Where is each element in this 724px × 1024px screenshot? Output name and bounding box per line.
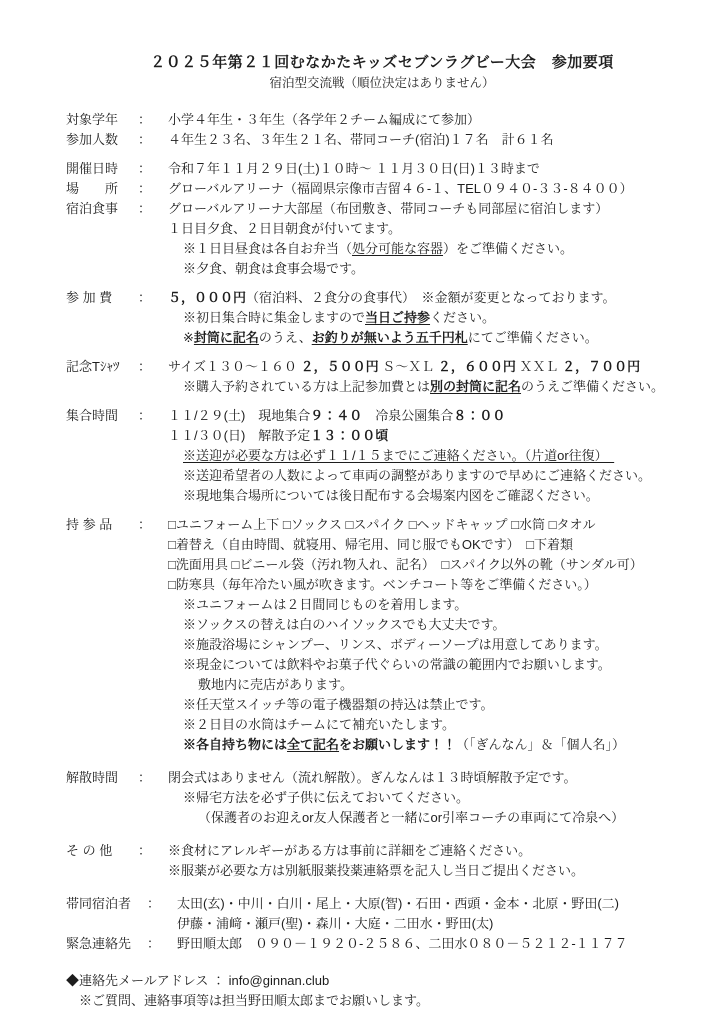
footer-note: ※ご質問、連絡事項等は担当野田順太郎までお願いします。 (66, 991, 698, 1011)
section-colon: ： (122, 288, 168, 308)
section-lodging-meals: 宿泊食事：グローバルアリーナ大部屋（布団敷き、帯同コーチも同部屋に宿泊します）１… (66, 199, 698, 279)
text-segment: （「ぎんなん」＆「個人名」） (456, 737, 625, 752)
section-body-venue: グローバルアリーナ（福岡県宗像市吉留４６-１、TEL０９４０-３３-８４００） (168, 179, 698, 199)
section-line: ※帰宅方法を必ず子供に伝えておいてください。 (168, 788, 698, 808)
section-colon: ： (122, 768, 168, 788)
page-subtitle: 宿泊型交流戦（順位決定はありません） (66, 74, 698, 93)
section-body-items-to-bring: □ユニフォーム上下 □ソックス □スパイク □ヘッドキャップ □水筒 □タオル□… (168, 515, 698, 755)
section-line: ※購入予約されている方は上記参加費とは別の封筒に記名のうえご準備ください。 (168, 377, 698, 397)
text-segment: のうえご準備ください。 (521, 379, 664, 394)
page-title: ２０２５年第２１回むなかたキッズセブンラグビー大会 参加要項 (66, 52, 698, 73)
section-label-meeting-time: 集合時間 (66, 406, 122, 426)
section-body-lodging-meals: グローバルアリーナ大部屋（布団敷き、帯同コーチも同部屋に宿泊します）１日目夕食、… (168, 199, 698, 279)
section-line: 太田(玄)・中川・白川・尾上・大原(智)・石田・西頭・金本・北原・野田(二) (177, 894, 698, 914)
text-segment: ※各自持ち物には (183, 737, 287, 752)
section-colon: ： (131, 934, 177, 954)
text-segment: ※現地集合場所については後日配布する会場案内図をご確認ください。 (183, 488, 599, 503)
section-body-meeting-time: １１/２９(土) 現地集合９：４０ 冷泉公園集合８：００１１/３０(日) 解散予… (168, 406, 698, 506)
section-line: １日目夕食、２日目朝食が付いてます。 (168, 219, 698, 239)
section-label-event-datetime: 開催日時 (66, 159, 122, 179)
text-segment: ※任天堂スイッチ等の電子機器類の持込は禁止です。 (183, 697, 493, 712)
section-line: ※２日目の水筒はチームにて補充いたします。 (168, 715, 698, 735)
text-segment: ※夕食、朝食は食事会場です。 (183, 261, 364, 276)
text-segment: □防寒具（毎年冷たい風が吹きます。ベンチコート等をご準備ください。） (168, 577, 597, 592)
text-segment: ）をご準備ください。 (443, 241, 573, 256)
text-segment: グローバルアリーナ（福岡県宗像市吉留４６-１、TEL０９４０-３３-８４００） (168, 181, 633, 196)
section-body-fee: ５，０００円（宿泊料、２食分の食事代） ※金額が変更となっております。※初日集合… (168, 288, 698, 348)
section-line: ※１日目昼食は各自お弁当（処分可能な容器）をご準備ください。 (168, 239, 698, 259)
section-line: ※施設浴場にシャンプー、リンス、ボディーソープは用意してあります。 (168, 635, 698, 655)
text-segment: ※１日目昼食は各自お弁当（ (183, 241, 352, 256)
section-line: ※夕食、朝食は食事会場です。 (168, 259, 698, 279)
section-colon: ： (122, 159, 168, 179)
text-segment: ※初日集合時に集金しますので (183, 310, 365, 325)
text-segment: にてご準備ください。 (468, 330, 598, 345)
section-line: サイズ１３０～１６０ ２，５００円 Ｓ～ＸＬ ２，６００円 ＸＸＬ ２，７００円 (168, 357, 698, 377)
section-label-commemorative-tshirt: 記念Tｼｬﾂ (66, 357, 122, 377)
text-segment: □着替え（自由時間、就寝用、帰宅用、同じ服でもOKです） □下着類 (168, 537, 573, 552)
section-line: ４年生２３名、３年生２１名、帯同コーチ(宿泊)１７名 計６１名 (168, 130, 698, 150)
text-segment: ※現金については飲料やお菓子代ぐらいの常識の範囲内でお願いします。 (183, 657, 611, 672)
text-segment: 野田順太郎 ０９０－１９２０-２５８６、二田水０８０－５２１２-１１７７ (177, 936, 628, 951)
text-segment: １１/２９(土) 現地集合 (168, 408, 310, 423)
text-segment: 冷泉公園集合 (362, 408, 453, 423)
text-segment: 太田(玄)・中川・白川・尾上・大原(智)・石田・西頭・金本・北原・野田(二) (177, 896, 619, 911)
text-segment: ＸＸＬ (516, 359, 562, 374)
section-line: ※初日集合時に集金しますので当日ご持参ください。 (168, 308, 698, 328)
section-line: ５，０００円（宿泊料、２食分の食事代） ※金額が変更となっております。 (168, 288, 698, 308)
section-label-staying-coaches: 帯同宿泊者 (66, 894, 131, 914)
section-venue: 場 所：グローバルアリーナ（福岡県宗像市吉留４６-１、TEL０９４０-３３-８４… (66, 179, 698, 199)
text-segment: 処分可能な容器 (352, 241, 443, 256)
section-line: 野田順太郎 ０９０－１９２０-２５８６、二田水０８０－５２１２-１１７７ (177, 934, 698, 954)
section-line: １１/２９(土) 現地集合９：４０ 冷泉公園集合８：００ (168, 406, 698, 426)
section-line: グローバルアリーナ大部屋（布団敷き、帯同コーチも同部屋に宿泊します） (168, 199, 698, 219)
footer: ◆連絡先メールアドレス ： info@ginnan.club ※ご質問、連絡事項… (66, 971, 698, 1011)
text-segment: ２，５００円 (301, 359, 379, 374)
text-segment: 封筒に記名 (194, 330, 259, 345)
section-colon: ： (122, 841, 168, 861)
text-segment: ※送迎希望者の人数によって車両の調整がありますので早めにご連絡ください。 (183, 468, 651, 483)
section-others: そ の 他：※食材にアレルギーがある方は事前に詳細をご連絡ください。※服薬が必要… (66, 841, 698, 881)
text-segment: （宿泊料、２食分の食事代） ※金額が変更となっております。 (246, 290, 615, 305)
section-label-fee: 参 加 費 (66, 288, 122, 308)
section-staying-coaches: 帯同宿泊者：太田(玄)・中川・白川・尾上・大原(智)・石田・西頭・金本・北原・野… (66, 894, 698, 934)
section-line: グローバルアリーナ（福岡県宗像市吉留４６-１、TEL０９４０-３３-８４００） (168, 179, 698, 199)
section-body-emergency-contact: 野田順太郎 ０９０－１９２０-２５８６、二田水０８０－５２１２-１１７７ (177, 934, 698, 954)
text-segment: １１/３０(日) 解散予定 (168, 428, 310, 443)
section-label-participants: 参加人数 (66, 130, 122, 150)
section-line: □着替え（自由時間、就寝用、帰宅用、同じ服でもOKです） □下着類 (168, 535, 698, 555)
section-line: ※現金については飲料やお菓子代ぐらいの常識の範囲内でお願いします。 (168, 655, 698, 675)
text-segment: 別の封筒に記名 (430, 379, 521, 394)
text-segment: １日目夕食、２日目朝食が付いてます。 (168, 221, 401, 236)
section-line: ※食材にアレルギーがある方は事前に詳細をご連絡ください。 (168, 841, 698, 861)
section-colon: ： (122, 357, 168, 377)
contact-email-line: ◆連絡先メールアドレス ： info@ginnan.club (66, 971, 698, 991)
text-segment: ※ソックスの替えは白のハイソックスでも大丈夫です。 (183, 617, 505, 632)
section-line: □ユニフォーム上下 □ソックス □スパイク □ヘッドキャップ □水筒 □タオル (168, 515, 698, 535)
text-segment: Ｓ～ＸＬ (379, 359, 438, 374)
text-segment: のうえ、 (259, 330, 312, 345)
text-segment: ※施設浴場にシャンプー、リンス、ボディーソープは用意してあります。 (183, 637, 608, 652)
section-body-staying-coaches: 太田(玄)・中川・白川・尾上・大原(智)・石田・西頭・金本・北原・野田(二)伊藤… (177, 894, 698, 934)
text-segment: 伊藤・浦﨑・瀬戸(聖)・森川・大庭・二田水・野田(太) (177, 916, 493, 931)
section-target-grades: 対象学年：小学４年生・３年生（各学年２チーム編成にて参加） (66, 110, 698, 130)
section-label-dismissal-time: 解散時間 (66, 768, 122, 788)
section-line: 令和７年１１月２９日(土)１０時～ １１月３０日(日)１３時まで (168, 159, 698, 179)
text-segment: （保護者のお迎えor友人保護者と一緒にor引率コーチの車両にて冷泉へ） (198, 810, 624, 825)
text-segment: 小学４年生・３年生（各学年２チーム編成にて参加） (168, 112, 480, 127)
section-body-commemorative-tshirt: サイズ１３０～１６０ ２，５００円 Ｓ～ＸＬ ２，６００円 ＸＸＬ ２，７００円… (168, 357, 698, 397)
section-colon: ： (131, 894, 177, 914)
text-segment: □洗面用具 □ビニール袋（汚れ物入れ、記名） □スパイク以外の靴（サンダル可） (168, 557, 643, 572)
section-line: 小学４年生・３年生（各学年２チーム編成にて参加） (168, 110, 698, 130)
section-label-others: そ の 他 (66, 841, 122, 861)
section-line: ※任天堂スイッチ等の電子機器類の持込は禁止です。 (168, 695, 698, 715)
section-line: ※現地集合場所については後日配布する会場案内図をご確認ください。 (168, 486, 698, 506)
text-segment: お釣りが無いよう五千円札 (312, 330, 468, 345)
text-segment: ※服薬が必要な方は別紙服薬投薬連絡票を記入し当日ご提出ください。 (168, 863, 584, 878)
section-colon: ： (122, 179, 168, 199)
section-body-others: ※食材にアレルギーがある方は事前に詳細をご連絡ください。※服薬が必要な方は別紙服… (168, 841, 698, 881)
section-label-venue: 場 所 (66, 179, 122, 199)
text-segment: ２，６００円 (438, 359, 516, 374)
section-fee: 参 加 費：５，０００円（宿泊料、２食分の食事代） ※金額が変更となっております… (66, 288, 698, 348)
section-label-emergency-contact: 緊急連絡先 (66, 934, 131, 954)
text-segment: ※帰宅方法を必ず子供に伝えておいてください。 (183, 790, 469, 805)
section-label-items-to-bring: 持 参 品 (66, 515, 122, 535)
text-segment: １３：００頃 (310, 428, 388, 443)
section-body-dismissal-time: 閉会式はありません（流れ解散）。ぎんなんは１３時頃解散予定です。※帰宅方法を必ず… (168, 768, 698, 828)
section-line: □防寒具（毎年冷たい風が吹きます。ベンチコート等をご準備ください。） (168, 575, 698, 595)
section-body-target-grades: 小学４年生・３年生（各学年２チーム編成にて参加） (168, 110, 698, 130)
section-label-target-grades: 対象学年 (66, 110, 122, 130)
section-meeting-time: 集合時間：１１/２９(土) 現地集合９：４０ 冷泉公園集合８：００１１/３０(日… (66, 406, 698, 506)
section-line: ※送迎が必要な方は必ず１１/１５までにご連絡ください。（片道or往復） (168, 446, 698, 466)
text-segment: 全て記名 (287, 737, 339, 752)
text-segment: □ユニフォーム上下 □ソックス □スパイク □ヘッドキャップ □水筒 □タオル (168, 517, 595, 532)
section-line: 閉会式はありません（流れ解散）。ぎんなんは１３時頃解散予定です。 (168, 768, 698, 788)
text-segment: ２，７００円 (562, 359, 640, 374)
text-segment: ９：４０ (310, 408, 362, 423)
section-emergency-contact: 緊急連絡先：野田順太郎 ０９０－１９２０-２５８６、二田水０８０－５２１２-１１… (66, 934, 698, 954)
text-segment: ※ (183, 330, 194, 345)
section-commemorative-tshirt: 記念Tｼｬﾂ：サイズ１３０～１６０ ２，５００円 Ｓ～ＸＬ ２，６００円 ＸＸＬ… (66, 357, 698, 397)
section-line: 敷地内に売店があります。 (168, 675, 698, 695)
text-segment: ４年生２３名、３年生２１名、帯同コーチ(宿泊)１７名 計６１名 (168, 132, 554, 147)
section-line: □洗面用具 □ビニール袋（汚れ物入れ、記名） □スパイク以外の靴（サンダル可） (168, 555, 698, 575)
text-segment: ５，０００円 (168, 290, 246, 305)
section-line: ※服薬が必要な方は別紙服薬投薬連絡票を記入し当日ご提出ください。 (168, 861, 698, 881)
section-body-participants: ４年生２３名、３年生２１名、帯同コーチ(宿泊)１７名 計６１名 (168, 130, 698, 150)
text-segment: ください。 (430, 310, 495, 325)
section-line: ※ソックスの替えは白のハイソックスでも大丈夫です。 (168, 615, 698, 635)
text-segment: ※食材にアレルギーがある方は事前に詳細をご連絡ください。 (168, 843, 531, 858)
section-line: ※各自持ち物には全て記名をお願いします！！（「ぎんなん」＆「個人名」） (168, 735, 698, 755)
text-segment: ※２日目の水筒はチームにて補充いたします。 (183, 717, 455, 732)
section-label-lodging-meals: 宿泊食事 (66, 199, 122, 219)
text-segment: 令和７年１１月２９日(土)１０時～ １１月３０日(日)１３時まで (168, 161, 540, 176)
section-colon: ： (122, 110, 168, 130)
text-segment: グローバルアリーナ大部屋（布団敷き、帯同コーチも同部屋に宿泊します） (168, 201, 608, 216)
section-colon: ： (122, 199, 168, 219)
section-line: 伊藤・浦﨑・瀬戸(聖)・森川・大庭・二田水・野田(太) (177, 914, 698, 934)
text-segment: 閉会式はありません（流れ解散）。ぎんなんは１３時頃解散予定です。 (168, 770, 576, 785)
section-dismissal-time: 解散時間：閉会式はありません（流れ解散）。ぎんなんは１３時頃解散予定です。※帰宅… (66, 768, 698, 828)
text-segment: をお願いします！！ (339, 737, 456, 752)
section-colon: ： (122, 406, 168, 426)
text-segment: 当日ご持参 (365, 310, 430, 325)
section-line: ※封筒に記名のうえ、お釣りが無いよう五千円札にてご準備ください。 (168, 328, 698, 348)
text-segment: ８：００ (453, 408, 505, 423)
section-line: （保護者のお迎えor友人保護者と一緒にor引率コーチの車両にて冷泉へ） (168, 808, 698, 828)
section-body-event-datetime: 令和７年１１月２９日(土)１０時～ １１月３０日(日)１３時まで (168, 159, 698, 179)
text-segment: ※購入予約されている方は上記参加費とは (183, 379, 430, 394)
section-event-datetime: 開催日時：令和７年１１月２９日(土)１０時～ １１月３０日(日)１３時まで (66, 159, 698, 179)
sections-container: 対象学年：小学４年生・３年生（各学年２チーム編成にて参加）参加人数：４年生２３名… (66, 110, 698, 954)
document-page: ２０２５年第２１回むなかたキッズセブンラグビー大会 参加要項 宿泊型交流戦（順位… (0, 0, 724, 1024)
section-line: ※ユニフォームは２日間同じものを着用します。 (168, 595, 698, 615)
text-segment: ※送迎が必要な方は必ず１１/１５までにご連絡ください。（片道or往復） (183, 448, 614, 463)
section-line: ※送迎希望者の人数によって車両の調整がありますので早めにご連絡ください。 (168, 466, 698, 486)
section-colon: ： (122, 130, 168, 150)
text-segment: ※ユニフォームは２日間同じものを着用します。 (183, 597, 467, 612)
section-colon: ： (122, 515, 168, 535)
text-segment: サイズ１３０～１６０ (168, 359, 301, 374)
section-participants: 参加人数：４年生２３名、３年生２１名、帯同コーチ(宿泊)１７名 計６１名 (66, 130, 698, 150)
section-items-to-bring: 持 参 品：□ユニフォーム上下 □ソックス □スパイク □ヘッドキャップ □水筒… (66, 515, 698, 755)
text-segment: 敷地内に売店があります。 (198, 677, 353, 692)
section-line: １１/３０(日) 解散予定１３：００頃 (168, 426, 698, 446)
